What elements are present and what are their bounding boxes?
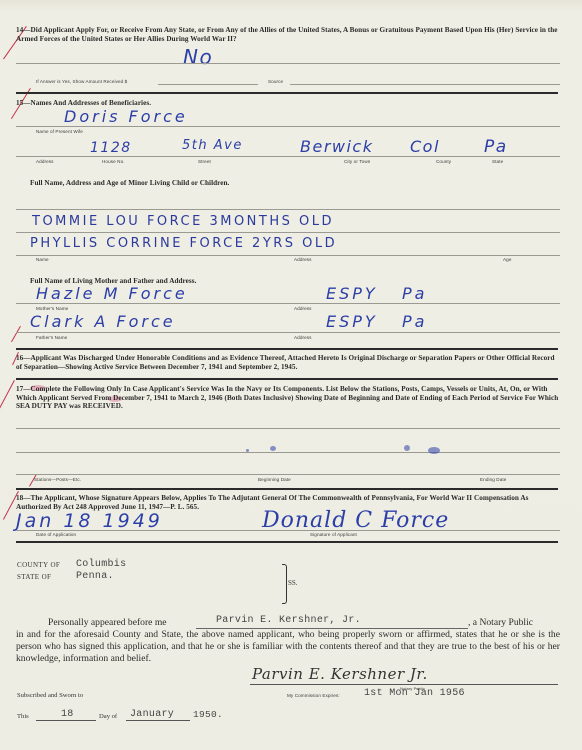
- ink-smudge: [404, 445, 410, 451]
- street-label: Street: [198, 159, 211, 164]
- day-line: [36, 720, 96, 721]
- mother-name-label: Mother's Name: [36, 306, 68, 311]
- address-label: Address: [36, 159, 54, 164]
- wife-name-label: Name of Present Wife: [36, 129, 83, 134]
- ink-smudge: [428, 447, 440, 454]
- notary-signature-line: [250, 684, 558, 685]
- appeared-suffix-text: , a Notary Public: [468, 617, 533, 628]
- county-label: COUNTY OF: [17, 561, 60, 569]
- child-age-label: Age: [503, 257, 511, 262]
- house-no-label: House No.: [102, 159, 125, 164]
- sea-duty-line[interactable]: [16, 428, 560, 429]
- application-page: 14—Did Applicant Apply For, or Receive F…: [0, 0, 582, 750]
- child-entry[interactable]: PHYLLIS CORRINE FORCE 2YRS OLD: [30, 236, 337, 251]
- question-text: Complete the Following Only In Case Appl…: [16, 385, 558, 410]
- notary-paragraph: in and for the aforesaid County and Stat…: [16, 629, 560, 666]
- month-value[interactable]: January: [130, 709, 174, 720]
- state-value[interactable]: Pa: [484, 137, 508, 157]
- ink-smudge: [270, 446, 276, 451]
- father-line: [16, 332, 560, 333]
- state-label: STATE OF: [17, 573, 51, 581]
- month-line: [126, 720, 190, 721]
- section-divider: [16, 488, 558, 490]
- sea-duty-line[interactable]: [16, 452, 560, 453]
- father-address-label: Address: [294, 335, 312, 340]
- question-17: 17—Complete the Following Only In Case A…: [16, 385, 560, 411]
- red-check-mark: [11, 326, 21, 342]
- wife-name-line: [16, 126, 560, 127]
- address-line: [16, 156, 560, 157]
- question-number: 14—: [16, 26, 31, 34]
- ss-bracket: [282, 564, 287, 604]
- state-value[interactable]: Penna.: [76, 571, 114, 582]
- ink-smudge: [246, 449, 249, 452]
- child-line: [16, 255, 560, 256]
- section-divider: [16, 378, 558, 380]
- father-name-label: Father's Name: [36, 335, 67, 340]
- question-number: 15—: [16, 99, 31, 107]
- answer-line: [16, 63, 560, 64]
- application-date-value[interactable]: Jan 18 1949: [16, 510, 163, 532]
- source-label: Source: [268, 79, 283, 84]
- amount-line[interactable]: [158, 84, 258, 85]
- house-no-value[interactable]: 1128: [90, 140, 132, 156]
- section-divider: [16, 92, 558, 94]
- county-value[interactable]: Col: [410, 137, 440, 156]
- question-number: 18—: [16, 494, 31, 502]
- question-text: Names And Addresses of Beneficiaries.: [31, 99, 152, 107]
- county-label: County: [436, 159, 451, 164]
- mother-address-label: Address: [294, 306, 312, 311]
- amount-label: If Answer is Yes, Show Amount Received $: [36, 79, 127, 84]
- child-address-label: Address: [294, 257, 312, 262]
- signature-of-applicant-label: Signature of Applicant: [310, 532, 357, 537]
- section-divider: [16, 348, 558, 350]
- red-check-mark: [0, 380, 15, 412]
- city-value[interactable]: Berwick: [300, 137, 374, 156]
- city-label: City or Town: [344, 159, 370, 164]
- question-text: Applicant Was Discharged Under Honorable…: [16, 354, 555, 371]
- appeared-suffix: , a Notary Public: [468, 617, 564, 629]
- child-name-label: Name: [36, 257, 49, 262]
- mother-line: [16, 303, 560, 304]
- sea-duty-line[interactable]: [16, 474, 560, 475]
- father-name-value[interactable]: Clark A Force: [30, 312, 176, 331]
- mother-address-value[interactable]: ESPY Pa: [326, 284, 427, 303]
- question-number: 16—: [16, 354, 31, 362]
- stations-label: Stations—Posts—Etc.: [34, 477, 81, 482]
- commission-value[interactable]: 1st Mon Jan 1956: [364, 688, 465, 699]
- child-entry[interactable]: TOMMIE LOU FORCE 3MONTHS OLD: [32, 214, 334, 229]
- subscribed-label: Subscribed and Sworn to: [17, 692, 83, 699]
- street-value[interactable]: 5th Ave: [182, 138, 243, 153]
- commission-label: My Commission Expires:: [287, 693, 340, 698]
- child-line: [16, 232, 560, 233]
- day-of-label: Day of: [99, 713, 117, 720]
- this-label: This: [17, 713, 29, 720]
- year-value[interactable]: 1950.: [193, 709, 223, 720]
- beginning-date-label: Beginning Date: [258, 477, 291, 482]
- date-signature-line: [16, 530, 560, 531]
- mother-name-value[interactable]: Hazle M Force: [36, 284, 188, 303]
- date-of-application-label: Date of Application: [36, 532, 76, 537]
- ending-date-label: Ending Date: [480, 477, 506, 482]
- question-text: Did Applicant Apply For, or Receive From…: [16, 26, 558, 43]
- wife-name-value[interactable]: Doris Force: [64, 107, 188, 126]
- appeared-prefix: Personally appeared before me: [16, 617, 167, 628]
- question-16: 16—Applicant Was Discharged Under Honora…: [16, 354, 560, 371]
- question-number: 17—: [16, 385, 31, 393]
- question-14: 14—Did Applicant Apply For, or Receive F…: [16, 26, 560, 43]
- child-line: [16, 209, 560, 210]
- father-address-value[interactable]: ESPY Pa: [326, 312, 427, 331]
- ss-label: SS.: [288, 579, 298, 587]
- children-title: Full Name, Address and Age of Minor Livi…: [30, 179, 229, 188]
- notary-signature: Parvin E. Kershner Jr.: [252, 665, 428, 683]
- state-label: State: [492, 159, 503, 164]
- section-divider: [16, 541, 558, 543]
- source-line[interactable]: [290, 84, 560, 85]
- notary-name-value[interactable]: Parvin E. Kershner, Jr.: [216, 615, 361, 626]
- q14-answer[interactable]: No: [183, 45, 213, 69]
- county-value[interactable]: Columbis: [76, 559, 126, 570]
- day-value[interactable]: 18: [61, 709, 74, 720]
